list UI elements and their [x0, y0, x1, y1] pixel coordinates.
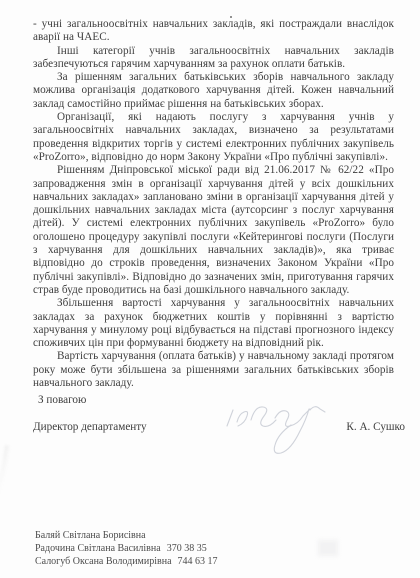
- paragraph: - учні загальноосвітніх навчальних закла…: [33, 18, 394, 45]
- paragraph: Інші категорії учнів загальноосвітніх на…: [33, 45, 394, 72]
- closing-salutation: З повагою: [33, 394, 405, 407]
- contact-phone: 370 38 35: [167, 543, 207, 554]
- signature-image: [223, 396, 343, 454]
- crease-artifact: [0, 445, 10, 500]
- closing-block: З повагою Директор департаменту К. А. Су…: [33, 394, 405, 435]
- contact-name: Баляй Світлана Борисівна: [35, 530, 146, 541]
- contact-name: Радочина Світлана Василівна: [35, 543, 161, 554]
- contact-phone: 744 63 17: [178, 556, 218, 567]
- scanned-letter-page: - учні загальноосвітніх навчальних закла…: [0, 0, 420, 578]
- paragraph: Організації, які надають послугу з харчу…: [33, 111, 394, 164]
- contact-name: Салогуб Оксана Володимирівна: [35, 556, 172, 567]
- contact-line: Баляй Світлана Борисівна: [35, 529, 218, 542]
- paragraph: Вартість харчування (оплата батьків) у н…: [33, 350, 394, 390]
- paragraph: Рішенням Дніпровської міської ради від 2…: [33, 164, 394, 297]
- contact-line: Радочина Світлана Василівна370 38 35: [35, 542, 218, 555]
- footer-contacts: Баляй Світлана Борисівна Радочина Світла…: [35, 529, 218, 569]
- signer-title: Директор департаменту: [33, 421, 147, 434]
- signer-name: К. А. Сушко: [346, 421, 405, 434]
- paragraph: За рішенням загальних батьківських зборі…: [33, 71, 394, 111]
- paragraph: Збільшення вартості харчування у загальн…: [33, 297, 394, 350]
- smudge-artifact: [318, 540, 338, 556]
- contact-line: Салогуб Оксана Володимирівна744 63 17: [35, 555, 218, 568]
- letter-body: - учні загальноосвітніх навчальних закла…: [33, 18, 394, 390]
